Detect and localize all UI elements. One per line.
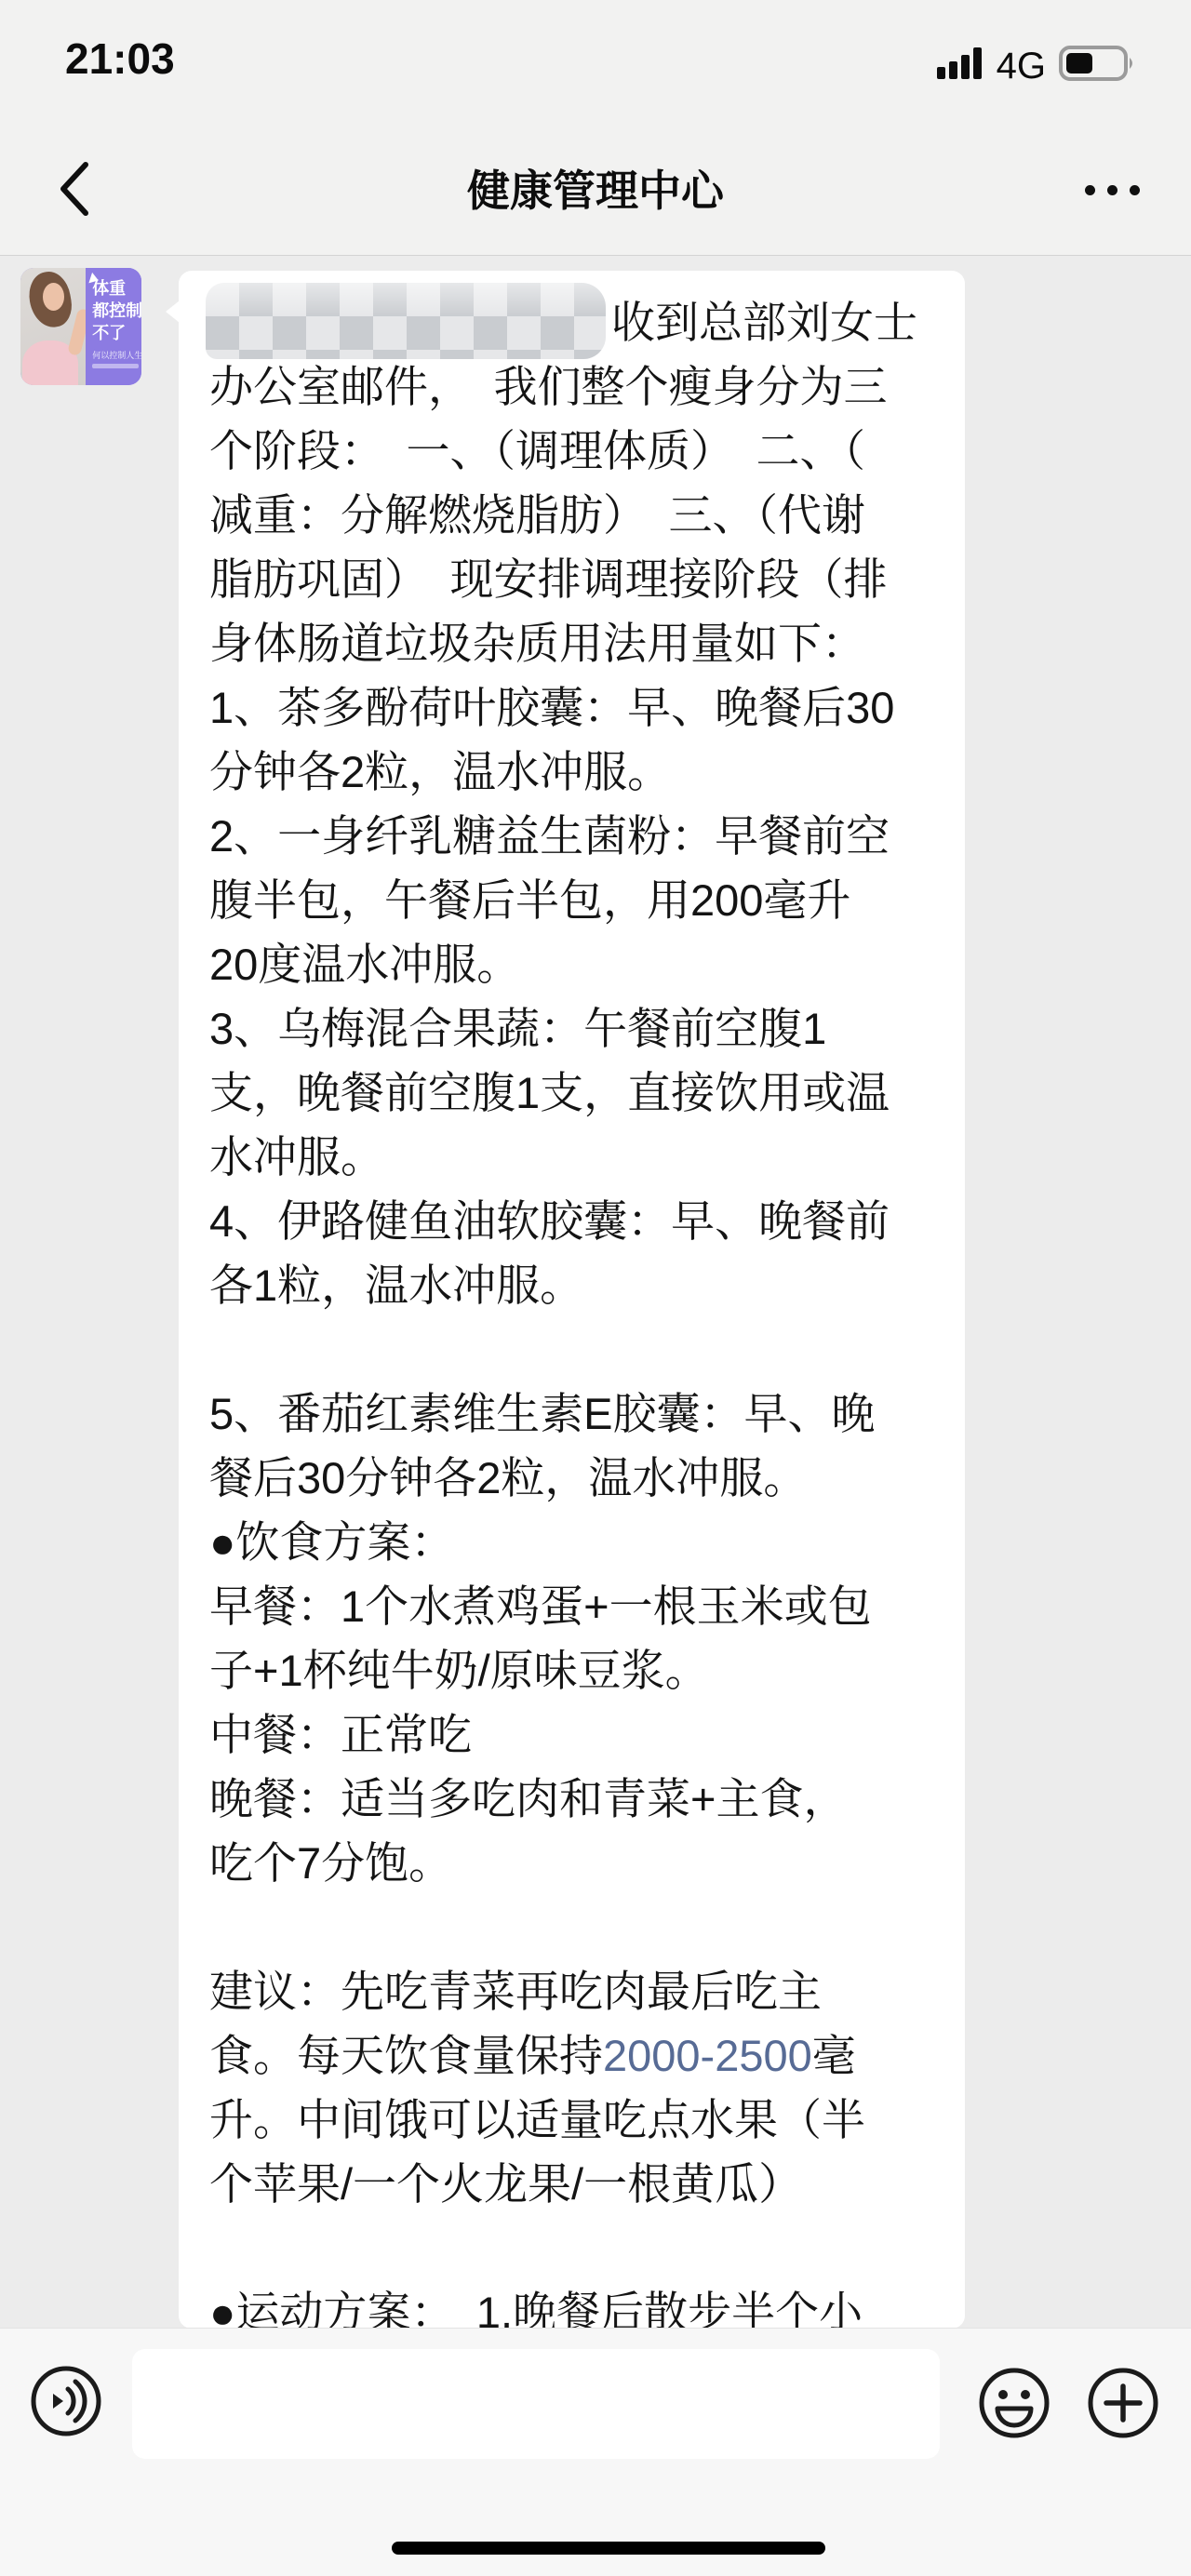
message-line: 餐后30分钟各2粒，温水冲服。 xyxy=(209,1446,941,1510)
message-line: 脂肪巩固） 现安排调理接阶段（排 xyxy=(209,547,941,611)
avatar-headline: 都控制 xyxy=(92,300,141,322)
bubble-tail xyxy=(166,300,180,323)
message-text-segment: 建议：先吃青菜再吃肉最后吃主 xyxy=(209,1967,822,2016)
message-line: 2、一身纤乳糖益生菌粉：早餐前空 xyxy=(209,804,941,868)
message-line xyxy=(209,1895,941,1959)
message-text-segment: 餐后30分钟各2粒，温水冲服。 xyxy=(209,1453,807,1502)
message-input[interactable] xyxy=(132,2349,940,2459)
ellipsis-icon xyxy=(1085,185,1095,195)
emoji-button[interactable] xyxy=(978,2367,1050,2439)
message-line: ●运动方案： 1.晚餐后散步半个小 xyxy=(209,2280,941,2329)
message-text-segment: 身体肠道垃圾杂质用法用量如下： xyxy=(209,619,865,668)
avatar-tagline: 何以控制人生 xyxy=(92,351,141,361)
message-text-segment: 升。中间饿可以适量吃点水果（半 xyxy=(209,2095,865,2144)
avatar-headline: 不了 xyxy=(92,323,141,344)
avatar-headline: 体重 xyxy=(92,278,141,300)
message-text-segment: 个苹果/一个火龙果/一根黄瓜） xyxy=(209,2159,802,2209)
message-line: 晚餐：适当多吃肉和青菜+主食， xyxy=(209,1767,941,1831)
message-line: 吃个7分饱。 xyxy=(209,1831,941,1895)
message-text-segment: 3、乌梅混合果蔬：午餐前空腹1 xyxy=(209,1004,826,1053)
message-text-segment: 个阶段： 一、（调理体质） 二、（ xyxy=(209,426,865,475)
message-line: 分钟各2粒，温水冲服。 xyxy=(209,740,941,804)
message-line: 各1粒，温水冲服。 xyxy=(209,1253,941,1317)
message-line: 支，晚餐前空腹1支，直接饮用或温 xyxy=(209,1061,941,1125)
message-text-segment: 1、茶多酚荷叶胶囊：早、晚餐后30 xyxy=(209,683,894,732)
message-line: ●饮食方案： xyxy=(209,1510,941,1574)
avatar-photo xyxy=(20,268,86,385)
message-line: 建议：先吃青菜再吃肉最后吃主 xyxy=(209,1959,941,2023)
message-line: 5、番茄红素维生素E胶囊：早、晚 xyxy=(209,1381,941,1446)
message-text-segment: 毫 xyxy=(812,2031,856,2080)
message-text-segment: 腹半包，午餐后半包，用200毫升 xyxy=(209,875,850,925)
nav-bar: 健康管理中心 xyxy=(0,121,1191,256)
message-text-segment: 2、一身纤乳糖益生菌粉：早餐前空 xyxy=(209,811,890,861)
plus-circle-icon xyxy=(1087,2428,1159,2442)
message-line: 办公室邮件， 我们整个瘦身分为三 xyxy=(209,354,941,419)
status-bar: 21:03 4G xyxy=(0,0,1191,121)
message-text-segment: 早餐：1个水煮鸡蛋+一根玉米或包 xyxy=(209,1582,872,1631)
message-line: 升。中间饿可以适量吃点水果（半 xyxy=(209,2088,941,2152)
message-line: 4、伊路健鱼油软胶囊：早、晚餐前 xyxy=(209,1189,941,1253)
smiley-icon xyxy=(978,2428,1050,2442)
message-text-segment: 中餐：正常吃 xyxy=(209,1710,472,1759)
message-text-segment: 办公室邮件， 我们整个瘦身分为三 xyxy=(209,362,888,411)
message-line: 1、茶多酚荷叶胶囊：早、晚餐后30 xyxy=(209,675,941,740)
battery-icon xyxy=(1059,45,1137,87)
chat-input-bar xyxy=(0,2328,1191,2576)
avatar-caption-panel: 体重 都控制 不了 何以控制人生 xyxy=(86,268,141,385)
message-text-segment: 各1粒，温水冲服。 xyxy=(209,1261,583,1310)
message-text-segment: 5、番茄红素维生素E胶囊：早、晚 xyxy=(209,1389,876,1438)
message-text-segment: 水冲服。 xyxy=(209,1132,384,1181)
message-line: 个苹果/一个火龙果/一根黄瓜） xyxy=(209,2152,941,2216)
message-line: 腹半包，午餐后半包，用200毫升 xyxy=(209,868,941,932)
voice-wave-icon xyxy=(30,2426,102,2440)
message-line: 子+1杯纯牛奶/原味豆浆。 xyxy=(209,1638,941,1702)
message-line: 收到总部刘女士 xyxy=(209,290,941,354)
status-right-cluster: 4G xyxy=(937,45,1137,87)
redacted-blur-block xyxy=(206,283,606,359)
message-text-segment: 脂肪巩固） 现安排调理接阶段（排 xyxy=(209,554,888,604)
home-indicator[interactable] xyxy=(392,2542,825,2555)
message-text-segment: 晚餐：适当多吃肉和青菜+主食， xyxy=(209,1774,847,1823)
network-type-label: 4G xyxy=(997,47,1046,85)
avatar-tagline-en-strip xyxy=(92,364,139,368)
message-text: 收到总部刘女士办公室邮件， 我们整个瘦身分为三个阶段： 一、（调理体质） 二、（… xyxy=(179,271,965,2329)
message-line: 3、乌梅混合果蔬：午餐前空腹1 xyxy=(209,996,941,1061)
status-time: 21:03 xyxy=(65,33,175,84)
message-line: 20度温水冲服。 xyxy=(209,932,941,996)
chat-area: 体重 都控制 不了 何以控制人生 收到总部刘女士办公室邮件， 我们整个瘦身分为三… xyxy=(0,256,1191,2329)
message-line: 个阶段： 一、（调理体质） 二、（ xyxy=(209,419,941,483)
message-line: 水冲服。 xyxy=(209,1125,941,1189)
message-line xyxy=(209,1317,941,1381)
message-text-segment: 收到总部刘女士 xyxy=(611,298,917,347)
message-text-segment: ●运动方案： 1.晚餐后散步半个小 xyxy=(209,2288,863,2329)
attachment-plus-button[interactable] xyxy=(1087,2367,1159,2439)
message-input-field xyxy=(132,2349,940,2459)
message-line: 早餐：1个水煮鸡蛋+一根玉米或包 xyxy=(209,1574,941,1638)
message-text-segment: 分钟各2粒，温水冲服。 xyxy=(209,747,671,796)
chat-title: 健康管理中心 xyxy=(0,121,1191,255)
message-line xyxy=(209,2216,941,2280)
message-text-segment: 吃个7分饱。 xyxy=(209,1838,452,1888)
message-link[interactable]: 2000-2500 xyxy=(603,2031,812,2080)
more-button[interactable] xyxy=(1061,151,1163,229)
message-line: 减重：分解燃烧脂肪） 三、（代谢 xyxy=(209,483,941,547)
message-bubble: 收到总部刘女士办公室邮件， 我们整个瘦身分为三个阶段： 一、（调理体质） 二、（… xyxy=(179,271,965,2329)
message-text-segment: 食。每天饮食量保持 xyxy=(209,2031,603,2080)
voice-input-button[interactable] xyxy=(30,2365,102,2437)
message-text-segment: 子+1杯纯牛奶/原味豆浆。 xyxy=(209,1646,709,1695)
message-text-segment: 20度温水冲服。 xyxy=(209,940,520,989)
message-line: 中餐：正常吃 xyxy=(209,1702,941,1767)
message-text-segment: ●饮食方案： xyxy=(209,1517,454,1567)
message-text-segment: 减重：分解燃烧脂肪） 三、（代谢 xyxy=(209,490,865,540)
message-text-segment: 4、伊路健鱼油软胶囊：早、晚餐前 xyxy=(209,1196,890,1246)
cellular-signal-icon xyxy=(937,47,984,84)
message-line: 身体肠道垃圾杂质用法用量如下： xyxy=(209,611,941,675)
message-line: 食。每天饮食量保持2000-2500毫 xyxy=(209,2023,941,2088)
contact-avatar[interactable]: 体重 都控制 不了 何以控制人生 xyxy=(20,268,141,385)
message-text-segment: 支，晚餐前空腹1支，直接饮用或温 xyxy=(209,1068,890,1117)
wechat-chat-screen: 21:03 4G xyxy=(0,0,1191,2576)
